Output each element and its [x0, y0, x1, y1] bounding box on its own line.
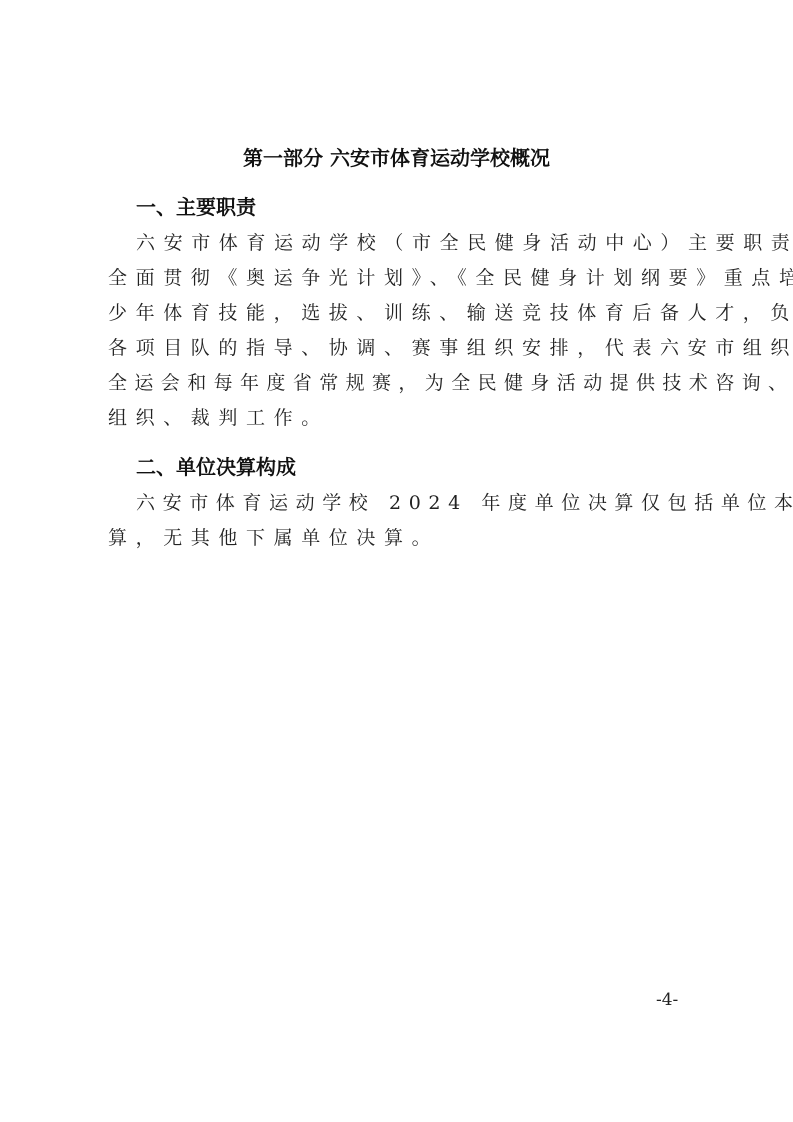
paragraph-line: 六安市体育运动学校 2024 年度单位决算仅包括单位本级决 [108, 486, 694, 521]
page-title: 第一部分 六安市体育运动学校概况 [0, 143, 793, 173]
paragraph-line: 组织、裁判工作。 [108, 401, 694, 436]
document-page: 第一部分 六安市体育运动学校概况 一、主要职责 六安市体育运动学校（市全民健身活… [0, 0, 793, 1122]
paragraph-line: 全面贯彻《奥运争光计划》、《全民健身计划纲要》重点培养青 [108, 261, 694, 296]
paragraph-line: 六安市体育运动学校（市全民健身活动中心）主要职责是： [108, 226, 694, 261]
section-body-responsibilities: 六安市体育运动学校（市全民健身活动中心）主要职责是： 全面贯彻《奥运争光计划》、… [108, 226, 694, 436]
paragraph-line: 少年体育技能，选拔、训练、输送竞技体育后备人才，负责全市 [108, 296, 694, 331]
paragraph-line: 全运会和每年度省常规赛，为全民健身活动提供技术咨询、指导、 [108, 366, 694, 401]
section-heading-composition: 二、单位决算构成 [136, 452, 296, 482]
section-body-composition: 六安市体育运动学校 2024 年度单位决算仅包括单位本级决 算，无其他下属单位决… [108, 486, 694, 556]
page-number: -4- [656, 990, 678, 1010]
paragraph-line: 算，无其他下属单位决算。 [108, 521, 694, 556]
paragraph-line: 各项目队的指导、协调、赛事组织安排，代表六安市组织参加省 [108, 331, 694, 366]
section-heading-responsibilities: 一、主要职责 [136, 192, 256, 222]
